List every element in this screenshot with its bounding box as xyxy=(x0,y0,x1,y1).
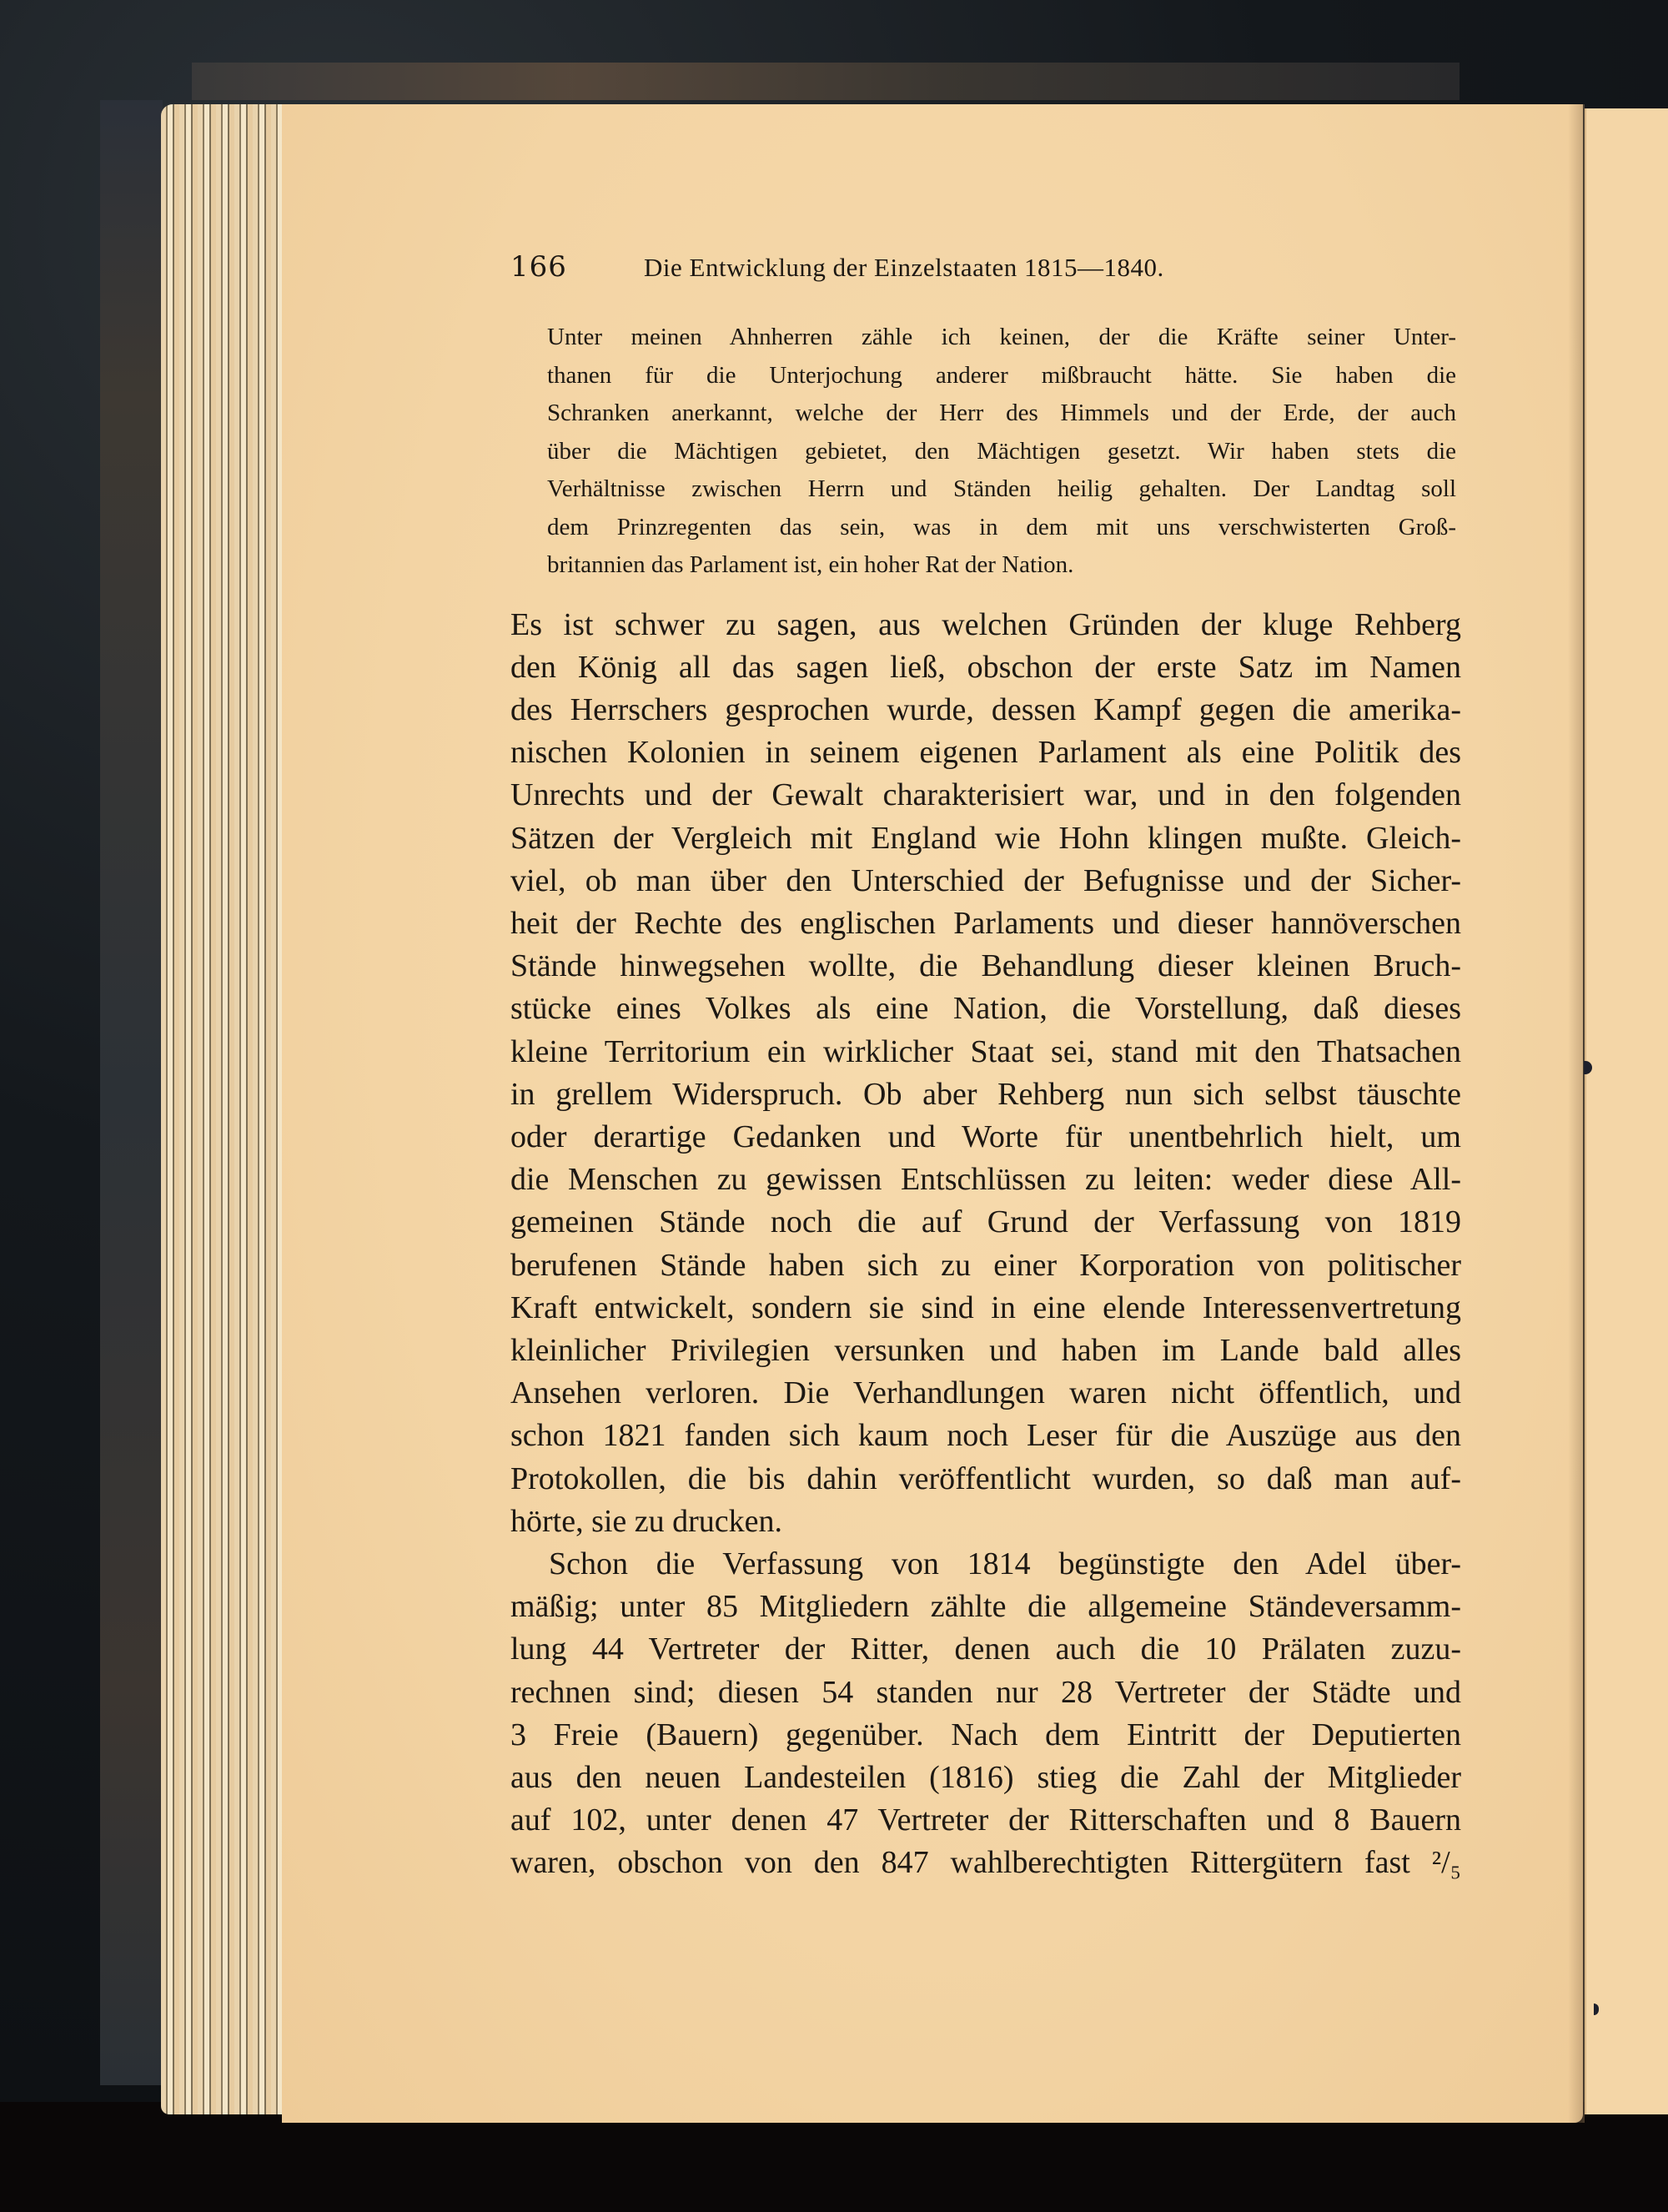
text-line: gemeinen Stände noch die auf Grund der V… xyxy=(510,1201,1461,1244)
book-cover-top-edge xyxy=(192,63,1459,100)
text-line: des Herrschers gesprochen wurde, dessen … xyxy=(510,689,1461,731)
running-title: Die Entwicklung der Einzelstaaten 1815—1… xyxy=(644,253,1164,283)
text-line: Schon die Verfassung von 1814 begünstigt… xyxy=(510,1543,1461,1586)
text-line: die Menschen zu gewissen Entschlüssen zu… xyxy=(510,1159,1461,1201)
quote-line: dem Prinzregenten das sein, was in dem m… xyxy=(547,509,1456,547)
text-line: den König all das sagen ließ, obschon de… xyxy=(510,646,1461,689)
text-line: auf 102, unter denen 47 Vertreter der Ri… xyxy=(510,1799,1461,1842)
text-line: aus den neuen Landesteilen (1816) stieg … xyxy=(510,1757,1461,1799)
text-line: kleinlicher Privilegien versunken und ha… xyxy=(510,1330,1461,1372)
quote-line: Unter meinen Ahnherren zähle ich keinen,… xyxy=(547,319,1456,357)
book-cover-left-edge xyxy=(100,100,163,2085)
block-quote: Unter meinen Ahnherren zähle ich keinen,… xyxy=(510,319,1456,585)
text-line: waren, obschon von den 847 wahlberechtig… xyxy=(510,1842,1461,1884)
text-line: heit der Rechte des englischen Parlament… xyxy=(510,902,1461,945)
running-head: 166 Die Entwicklung der Einzelstaaten 18… xyxy=(510,250,1461,300)
text-line: lung 44 Vertreter der Ritter, denen auch… xyxy=(510,1628,1461,1671)
text-line: Es ist schwer zu sagen, aus welchen Grün… xyxy=(510,604,1461,646)
page-gutter-shadow xyxy=(1568,104,1585,2123)
text-line: 3 Freie (Bauern) gegenüber. Nach dem Ein… xyxy=(510,1714,1461,1757)
quote-line: Schranken anerkannt, welche der Herr des… xyxy=(547,395,1456,433)
paragraph-1: Es ist schwer zu sagen, aus welchen Grün… xyxy=(510,604,1461,1543)
facing-page-edge xyxy=(1585,108,1668,2114)
page-number: 166 xyxy=(510,250,644,284)
text-line: rechnen sind; diesen 54 standen nur 28 V… xyxy=(510,1672,1461,1714)
text-line: schon 1821 fanden sich kaum noch Leser f… xyxy=(510,1415,1461,1457)
text-line: hörte, sie zu drucken. xyxy=(510,1501,1461,1543)
text-line: viel, ob man über den Unterschied der Be… xyxy=(510,860,1461,902)
text-line: Sätzen der Vergleich mit England wie Hoh… xyxy=(510,817,1461,860)
quote-line: über die Mächtigen gebietet, den Mächtig… xyxy=(547,433,1456,471)
text-line: Unrechts und der Gewalt charakterisiert … xyxy=(510,774,1461,817)
text-line: oder derartige Gedanken und Worte für un… xyxy=(510,1116,1461,1159)
text-line: Stände hinwegsehen wollte, die Behandlun… xyxy=(510,945,1461,988)
text-line: Protokollen, die bis dahin veröffentlich… xyxy=(510,1458,1461,1501)
text-line: nischen Kolonien in seinem eigenen Parla… xyxy=(510,731,1461,774)
text-line: mäßig; unter 85 Mitgliedern zählte die a… xyxy=(510,1586,1461,1628)
text-line: kleine Territorium ein wirklicher Staat … xyxy=(510,1031,1461,1073)
text-line: in grellem Widerspruch. Ob aber Rehberg … xyxy=(510,1073,1461,1116)
quote-line: thanen für die Unterjochung anderer mißb… xyxy=(547,357,1456,395)
text-line: stücke eines Volkes als eine Nation, die… xyxy=(510,988,1461,1030)
quote-line: britannien das Parlament ist, ein hoher … xyxy=(547,546,1456,585)
stacked-page-edges xyxy=(161,104,282,2114)
text-line: berufenen Stände haben sich zu einer Kor… xyxy=(510,1244,1461,1287)
page-text-block: 166 Die Entwicklung der Einzelstaaten 18… xyxy=(510,250,1461,1885)
text-line: Ansehen verloren. Die Verhandlungen ware… xyxy=(510,1372,1461,1415)
quote-line: Verhältnisse zwischen Herrn und Ständen … xyxy=(547,470,1456,509)
text-line: Kraft entwickelt, sondern sie sind in ei… xyxy=(510,1287,1461,1330)
body-text: Es ist schwer zu sagen, aus welchen Grün… xyxy=(510,604,1461,1885)
paragraph-2: Schon die Verfassung von 1814 begünstigt… xyxy=(510,1543,1461,1885)
